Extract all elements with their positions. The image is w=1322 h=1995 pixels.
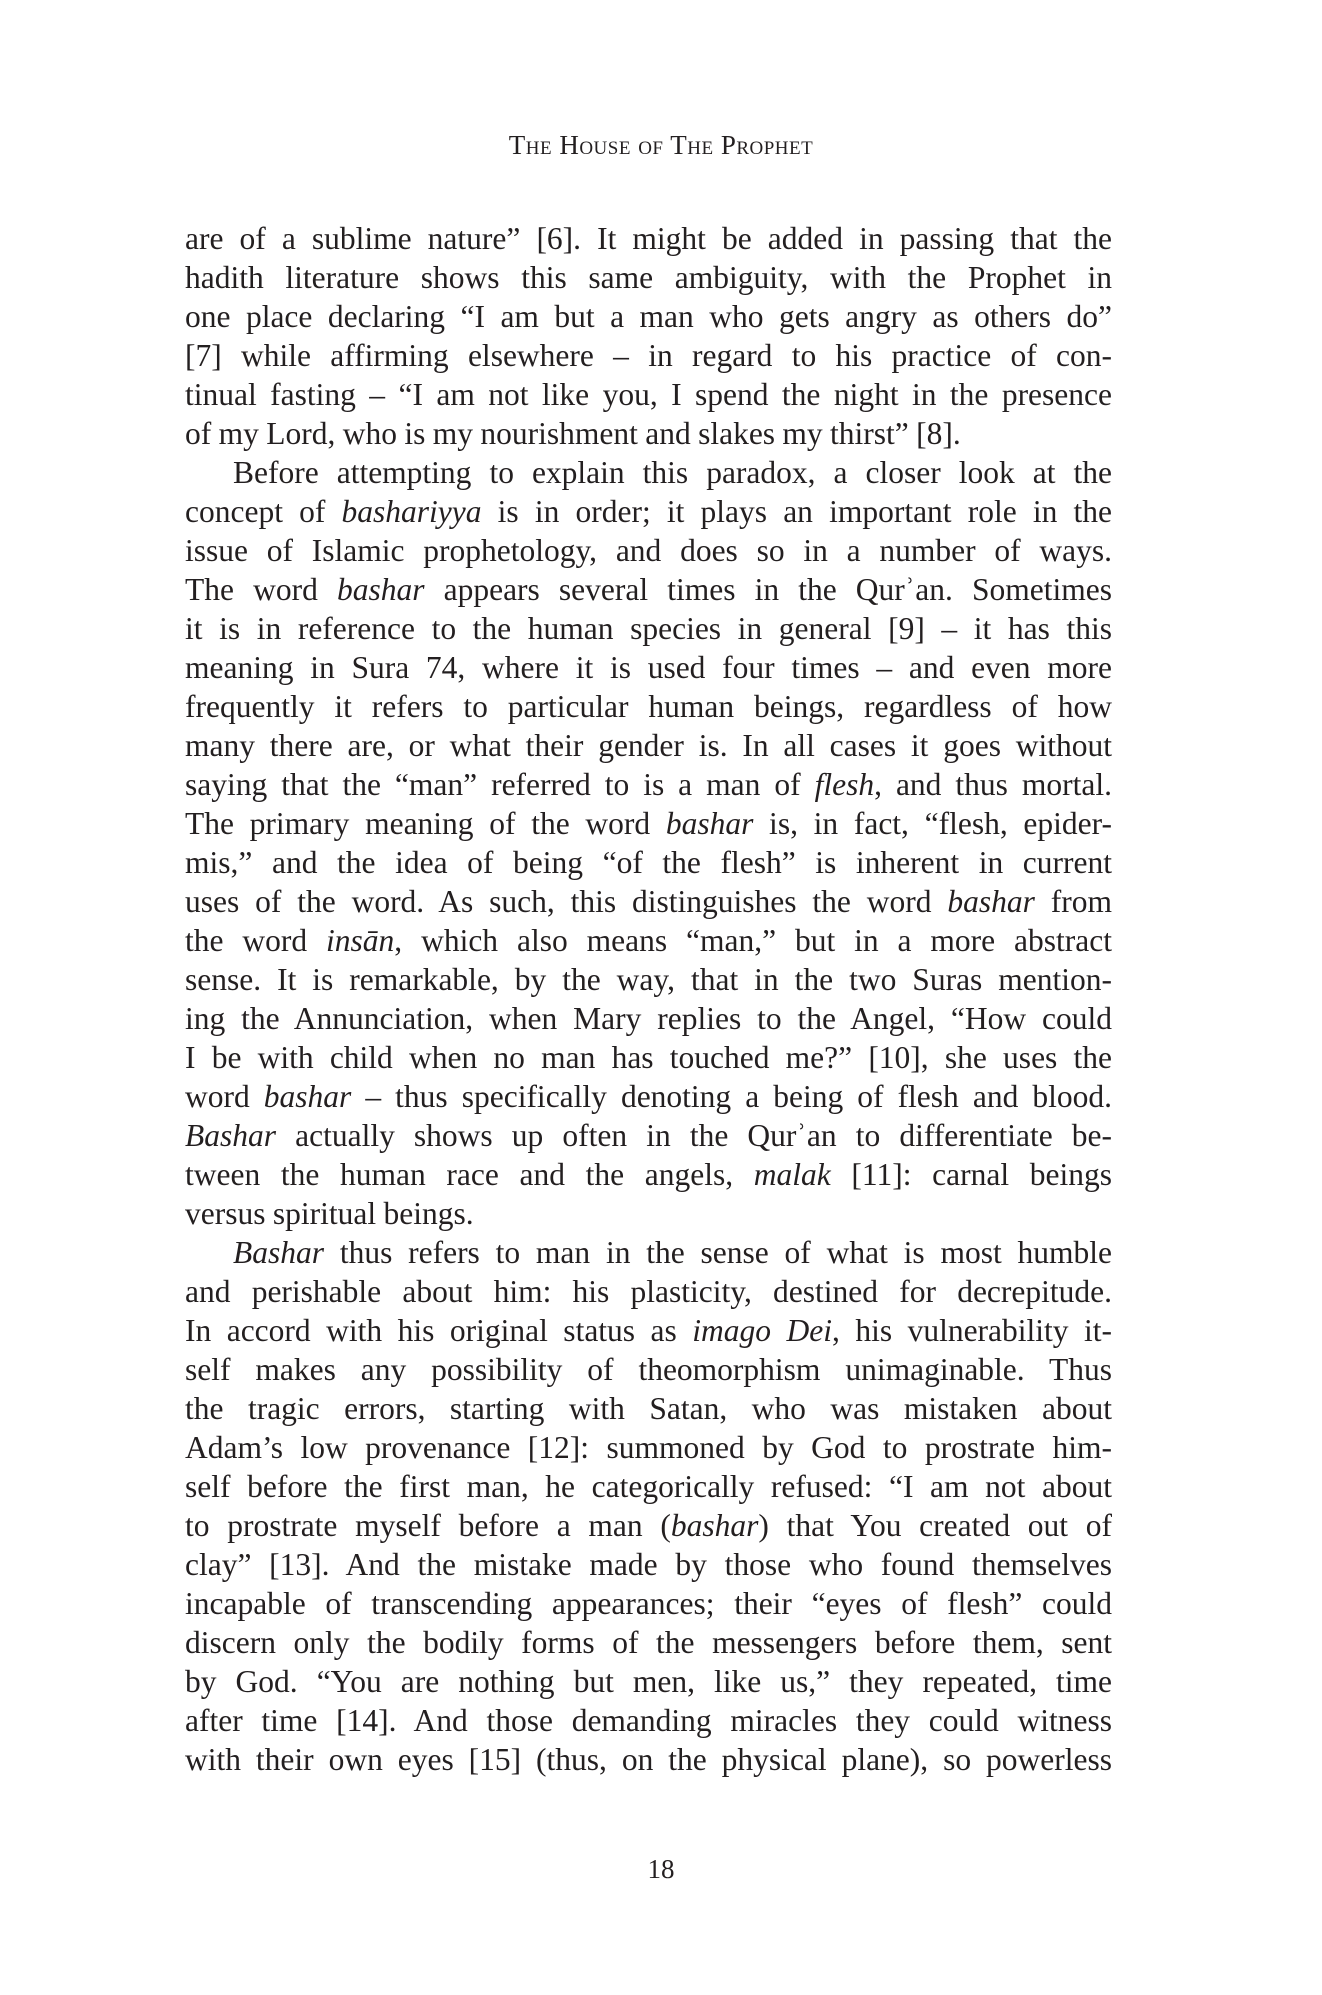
text-run: of my Lord, who is my nourishment and sl… xyxy=(185,416,961,451)
text-line: ing the Annunciation, when Mary replies … xyxy=(185,999,1112,1038)
text-run: to prostrate myself before a man ( xyxy=(185,1508,671,1543)
text-run: ) that You created out of xyxy=(758,1508,1112,1543)
text-run: I be with child when no man has touched … xyxy=(185,1040,1112,1075)
text-line: one place declaring “I am but a man who … xyxy=(185,297,1112,336)
text-run: issue of Islamic prophetology, and does … xyxy=(185,533,1112,568)
paragraph: are of a sublime nature” [6]. It might b… xyxy=(185,219,1112,453)
text-run: versus spiritual beings. xyxy=(185,1196,474,1231)
text-run: the tragic errors, starting with Satan, … xyxy=(185,1391,1112,1426)
text-line: discern only the bodily forms of the mes… xyxy=(185,1623,1112,1662)
text-run: is in order; it plays an important role … xyxy=(482,494,1113,529)
text-line: I be with child when no man has touched … xyxy=(185,1038,1112,1077)
text-run: from xyxy=(1035,884,1112,919)
text-run: Adam’s low provenance [12]: summoned by … xyxy=(185,1430,1112,1465)
text-line: frequently it refers to particular human… xyxy=(185,687,1112,726)
italic-term: bashar xyxy=(671,1508,759,1543)
text-run: and perishable about him: his plasticity… xyxy=(185,1274,1112,1309)
text-run: ing the Annunciation, when Mary replies … xyxy=(185,1001,1112,1036)
text-run: meaning in Sura 74, where it is used fou… xyxy=(185,650,1112,685)
text-run: self makes any possibility of theomorphi… xyxy=(185,1352,1112,1387)
text-line: tween the human race and the angels, mal… xyxy=(185,1155,1112,1194)
text-line: are of a sublime nature” [6]. It might b… xyxy=(185,219,1112,258)
text-run: uses of the word. As such, this distingu… xyxy=(185,884,947,919)
text-line: sense. It is remarkable, by the way, tha… xyxy=(185,960,1112,999)
text-run: In accord with his original status as xyxy=(185,1313,692,1348)
paragraph: Bashar thus refers to man in the sense o… xyxy=(185,1233,1112,1779)
italic-term: flesh xyxy=(815,767,875,802)
text-line: of my Lord, who is my nourishment and sl… xyxy=(185,414,1112,453)
text-run: , his vulnerability it- xyxy=(832,1313,1112,1348)
text-run: incapable of transcending appearances; t… xyxy=(185,1586,1112,1621)
italic-term: bashariyya xyxy=(342,494,482,529)
text-line: Before attempting to explain this parado… xyxy=(185,453,1112,492)
text-run: thus refers to man in the sense of what … xyxy=(324,1235,1112,1270)
text-line: mis,” and the idea of being “of the fles… xyxy=(185,843,1112,882)
italic-term: bashar xyxy=(666,806,754,841)
text-run: appears several times in the Qurʾan. Som… xyxy=(424,572,1112,607)
text-run: tween the human race and the angels, xyxy=(185,1157,754,1192)
text-run: [7] while affirming elsewhere – in regar… xyxy=(185,338,1112,373)
text-line: concept of bashariyya is in order; it pl… xyxy=(185,492,1112,531)
text-run: many there are, or what their gender is.… xyxy=(185,728,1112,763)
text-line: after time [14]. And those demanding mir… xyxy=(185,1701,1112,1740)
text-line: the word insān, which also means “man,” … xyxy=(185,921,1112,960)
italic-term: bashar xyxy=(337,572,425,607)
text-line: to prostrate myself before a man (bashar… xyxy=(185,1506,1112,1545)
text-line: incapable of transcending appearances; t… xyxy=(185,1584,1112,1623)
text-run: by God. “You are nothing but men, like u… xyxy=(185,1664,1112,1699)
italic-term: malak xyxy=(754,1157,831,1192)
text-run: tinual fasting – “I am not like you, I s… xyxy=(185,377,1112,412)
text-run: self before the first man, he categorica… xyxy=(185,1469,1112,1504)
text-run: with their own eyes [15] (thus, on the p… xyxy=(185,1742,1112,1777)
text-line: it is in reference to the human species … xyxy=(185,609,1112,648)
text-run: sense. It is remarkable, by the way, tha… xyxy=(185,962,1112,997)
text-line: The primary meaning of the word bashar i… xyxy=(185,804,1112,843)
text-run: it is in reference to the human species … xyxy=(185,611,1112,646)
text-run: The word xyxy=(185,572,337,607)
text-run: – thus specifically denoting a being of … xyxy=(351,1079,1112,1114)
text-line: tinual fasting – “I am not like you, I s… xyxy=(185,375,1112,414)
text-run: frequently it refers to particular human… xyxy=(185,689,1112,724)
running-head: The House of The Prophet xyxy=(0,128,1322,162)
text-line: self makes any possibility of theomorphi… xyxy=(185,1350,1112,1389)
text-line: hadith literature shows this same ambigu… xyxy=(185,258,1112,297)
text-line: and perishable about him: his plasticity… xyxy=(185,1272,1112,1311)
page-number: 18 xyxy=(0,1852,1322,1886)
italic-term: imago Dei xyxy=(692,1313,832,1348)
text-line: clay” [13]. And the mistake made by thos… xyxy=(185,1545,1112,1584)
text-run: clay” [13]. And the mistake made by thos… xyxy=(185,1547,1112,1582)
italic-term: bashar xyxy=(264,1079,352,1114)
text-run: saying that the “man” referred to is a m… xyxy=(185,767,815,802)
text-line: saying that the “man” referred to is a m… xyxy=(185,765,1112,804)
text-run: hadith literature shows this same ambigu… xyxy=(185,260,1112,295)
text-line: by God. “You are nothing but men, like u… xyxy=(185,1662,1112,1701)
text-run: discern only the bodily forms of the mes… xyxy=(185,1625,1112,1660)
text-line: uses of the word. As such, this distingu… xyxy=(185,882,1112,921)
text-line: with their own eyes [15] (thus, on the p… xyxy=(185,1740,1112,1779)
text-run: Before attempting to explain this parado… xyxy=(233,455,1112,490)
body-text: are of a sublime nature” [6]. It might b… xyxy=(185,219,1112,1779)
italic-term: insān xyxy=(326,923,394,958)
text-run: , and thus mortal. xyxy=(874,767,1112,802)
text-run: [11]: carnal beings xyxy=(831,1157,1112,1192)
text-line: Adam’s low provenance [12]: summoned by … xyxy=(185,1428,1112,1467)
text-line: issue of Islamic prophetology, and does … xyxy=(185,531,1112,570)
text-line: word bashar – thus specifically denoting… xyxy=(185,1077,1112,1116)
book-page: The House of The Prophet are of a sublim… xyxy=(0,0,1322,1995)
text-run: The primary meaning of the word xyxy=(185,806,666,841)
text-line: Bashar actually shows up often in the Qu… xyxy=(185,1116,1112,1155)
text-line: self before the first man, he categorica… xyxy=(185,1467,1112,1506)
text-run: one place declaring “I am but a man who … xyxy=(185,299,1112,334)
text-line: In accord with his original status as im… xyxy=(185,1311,1112,1350)
text-line: Bashar thus refers to man in the sense o… xyxy=(185,1233,1112,1272)
italic-term: Bashar xyxy=(233,1235,324,1270)
text-line: the tragic errors, starting with Satan, … xyxy=(185,1389,1112,1428)
text-run: , which also means “man,” but in a more … xyxy=(394,923,1112,958)
text-line: The word bashar appears several times in… xyxy=(185,570,1112,609)
text-run: word xyxy=(185,1079,264,1114)
text-run: concept of xyxy=(185,494,342,529)
text-run: mis,” and the idea of being “of the fles… xyxy=(185,845,1112,880)
italic-term: Bashar xyxy=(185,1118,276,1153)
italic-term: bashar xyxy=(947,884,1035,919)
text-run: after time [14]. And those demanding mir… xyxy=(185,1703,1112,1738)
paragraph: Before attempting to explain this parado… xyxy=(185,453,1112,1233)
text-line: many there are, or what their gender is.… xyxy=(185,726,1112,765)
text-run: the word xyxy=(185,923,326,958)
text-line: [7] while affirming elsewhere – in regar… xyxy=(185,336,1112,375)
text-line: meaning in Sura 74, where it is used fou… xyxy=(185,648,1112,687)
text-run: are of a sublime nature” [6]. It might b… xyxy=(185,221,1112,256)
text-line: versus spiritual beings. xyxy=(185,1194,1112,1233)
text-run: actually shows up often in the Qurʾan to… xyxy=(276,1118,1112,1153)
text-run: is, in fact, “flesh, epider- xyxy=(753,806,1112,841)
